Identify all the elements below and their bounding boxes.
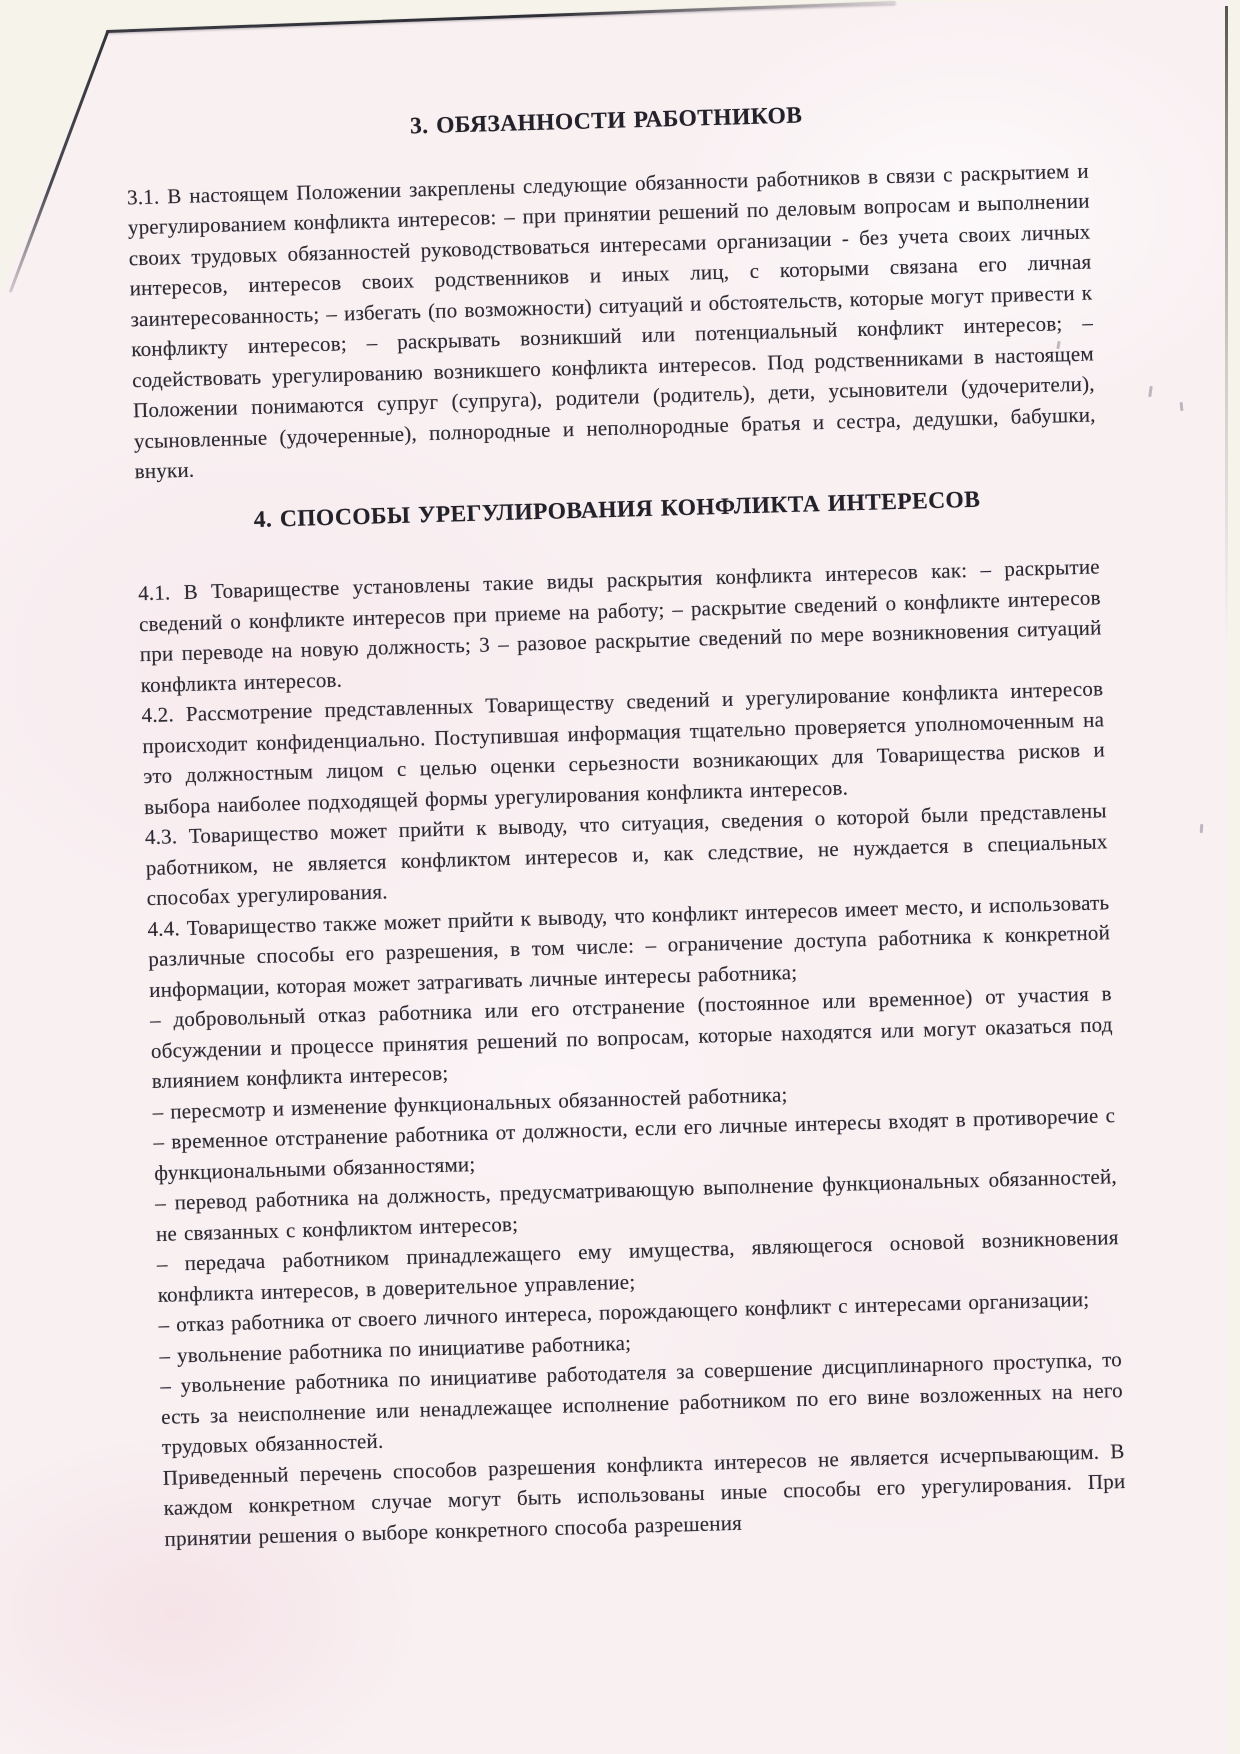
scan-right-margin-strip bbox=[1228, 0, 1240, 1754]
section-4-heading: 4. СПОСОБЫ УРЕГУЛИРОВАНИЯ КОНФЛИКТА ИНТЕ… bbox=[136, 481, 1098, 538]
scanned-document: 3. ОБЯЗАННОСТИ РАБОТНИКОВ 3.1. В настоящ… bbox=[0, 0, 1240, 1754]
paragraph-3-1: 3.1. В настоящем Положении закреплены сл… bbox=[127, 155, 1097, 487]
document-text: 3. ОБЯЗАННОСТИ РАБОТНИКОВ 3.1. В настоящ… bbox=[125, 93, 1127, 1554]
